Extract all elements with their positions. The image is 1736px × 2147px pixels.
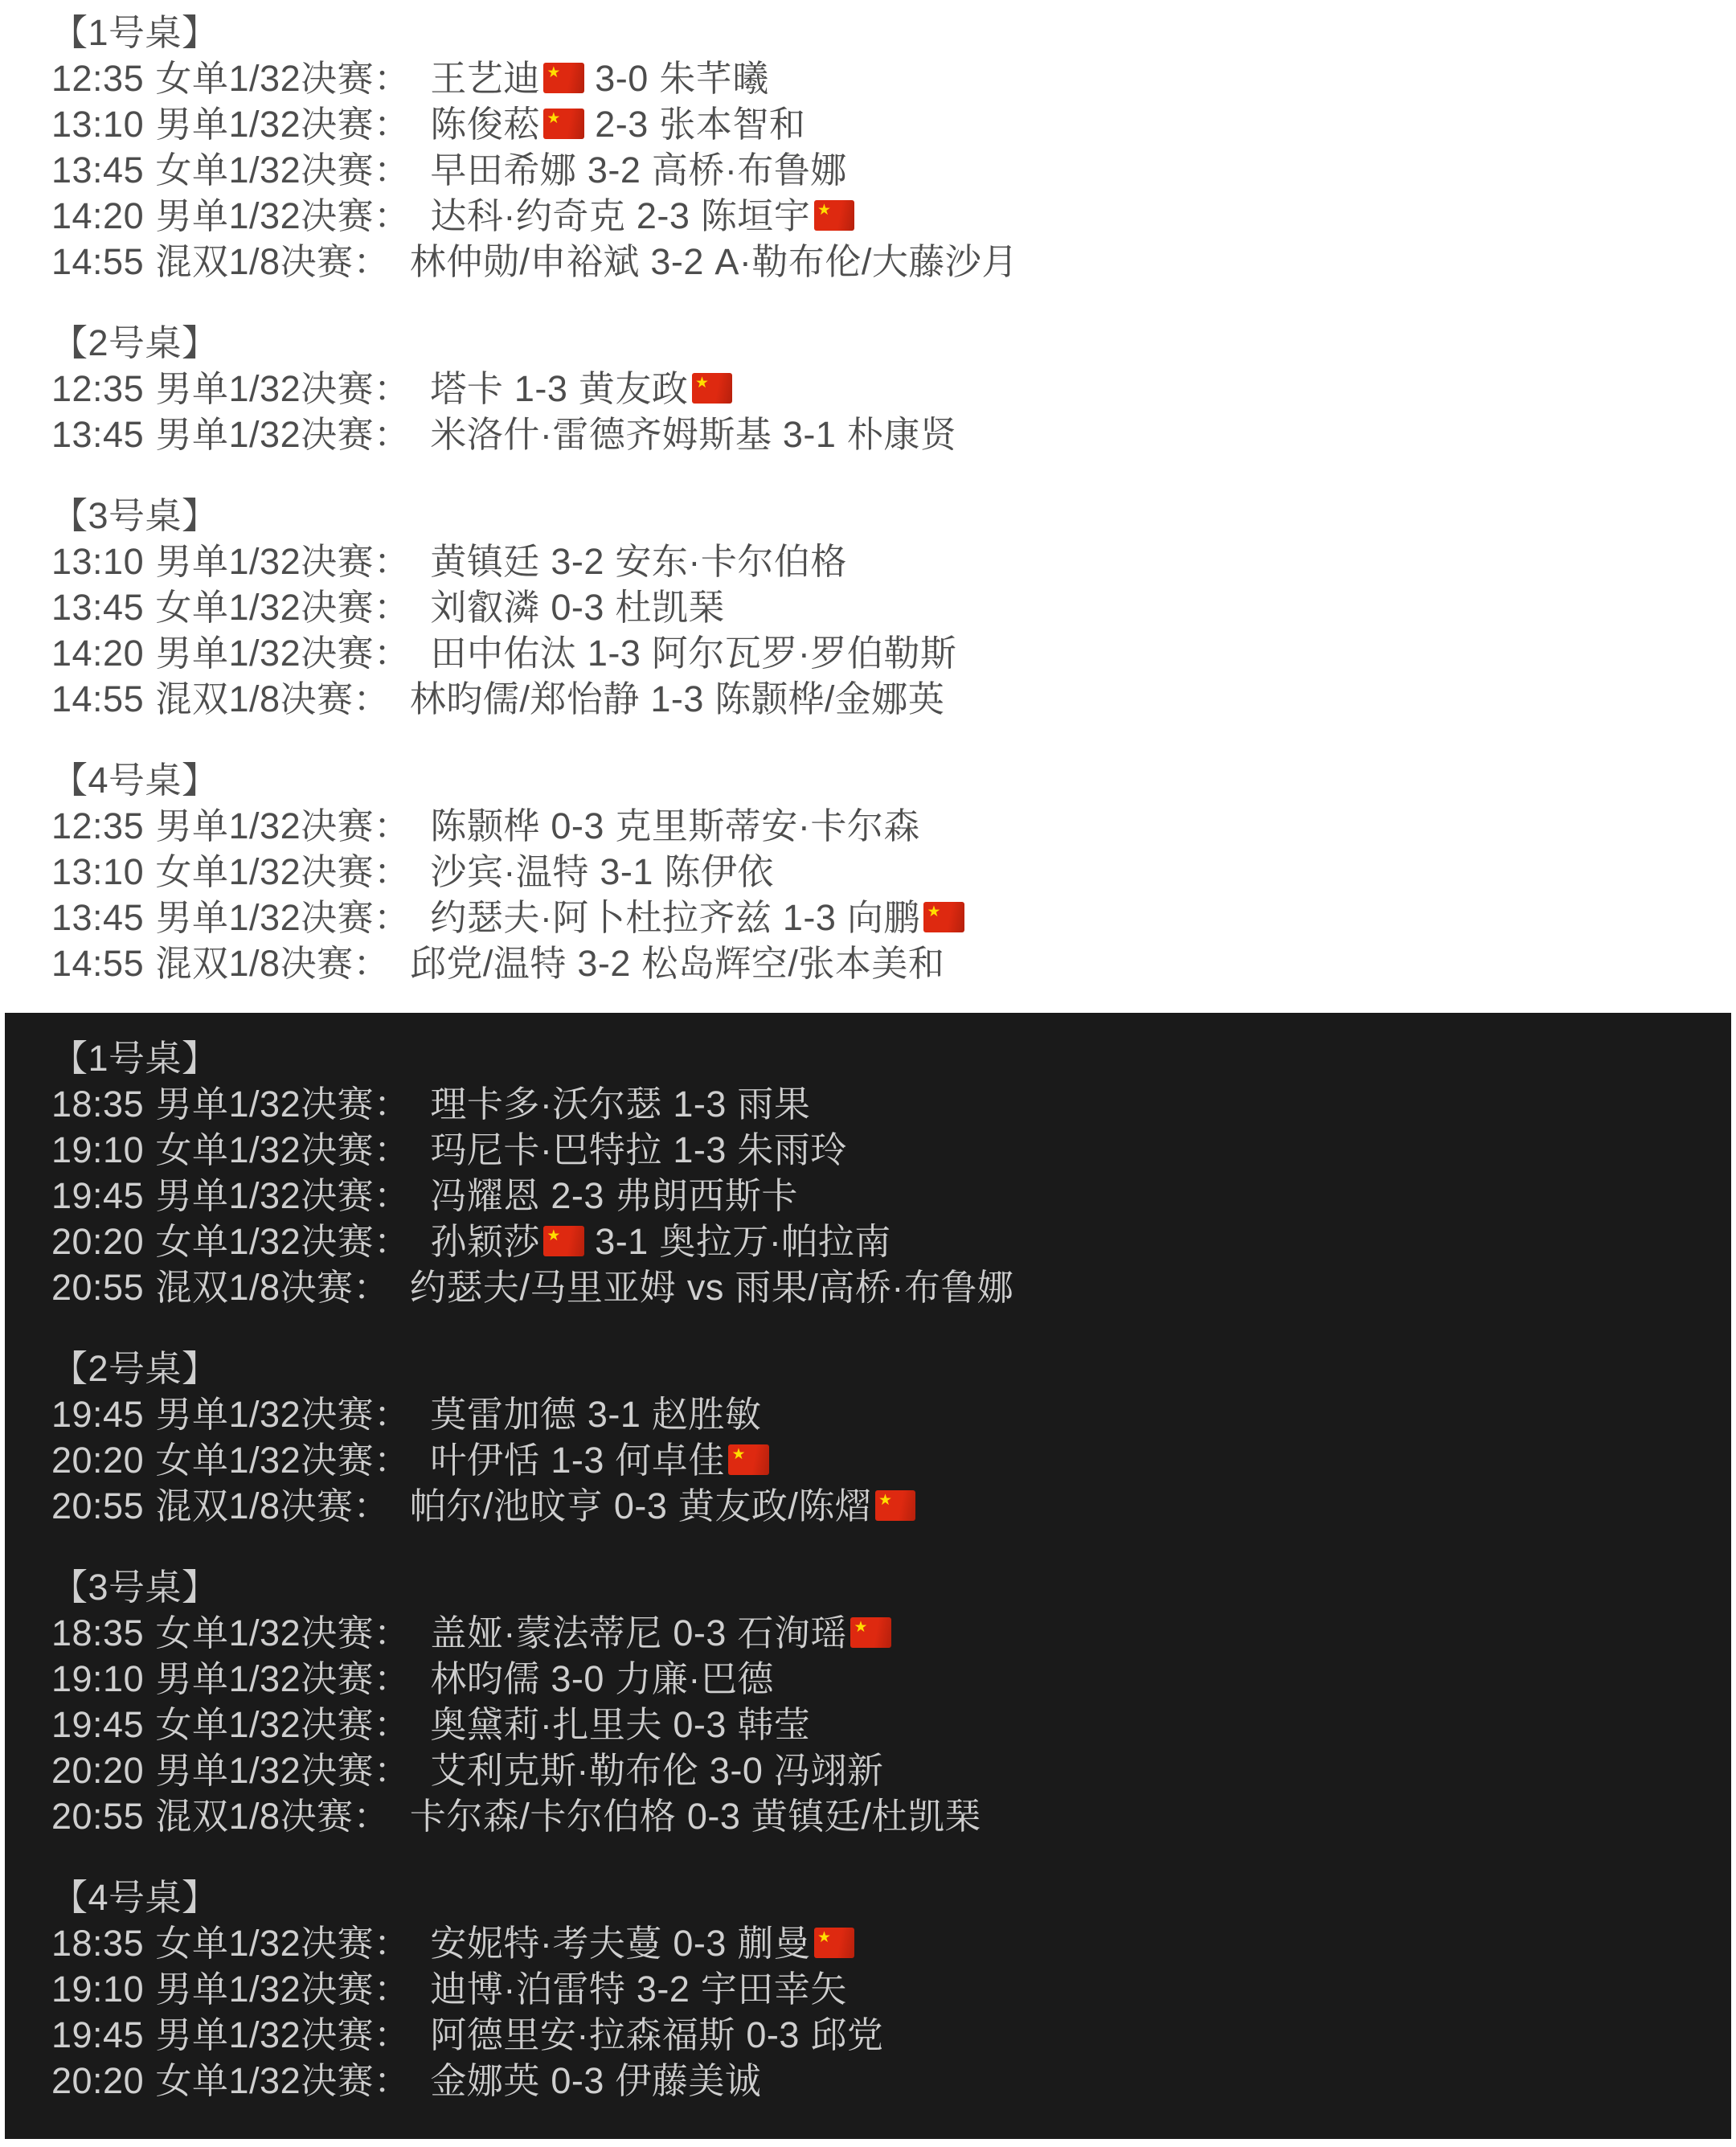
player-a-name: 早田希娜 (430, 150, 576, 191)
match-time: 19:45 (51, 1175, 144, 1216)
player-a-name: 陈颢桦 (430, 805, 540, 846)
match-time: 12:35 (51, 58, 144, 99)
match-score: 3-0 (595, 58, 649, 99)
match-row: 20:20女单1/32决赛：叶伊恬1-3何卓佳★ (51, 1437, 1707, 1483)
player-b-name: 黄友政/陈熠 (678, 1485, 872, 1526)
player-b-name: 邱党 (810, 2014, 883, 2055)
player-a-name: 邱党/温特 (410, 943, 567, 984)
match-row: 12:35女单1/32决赛：王艺迪★3-0朱芊曦 (51, 55, 1712, 101)
match-event: 男单1/32决赛： (156, 1750, 411, 1791)
player-b-name: 向鹏 (847, 897, 920, 938)
match-time: 13:10 (51, 541, 144, 582)
match-row: 18:35男单1/32决赛：理卡多·沃尔瑟1-3雨果 (51, 1081, 1707, 1127)
match-event: 男单1/32决赛： (156, 1394, 411, 1435)
match-time: 12:35 (51, 368, 144, 409)
flag-star-icon: ★ (547, 1229, 560, 1244)
flag-star-icon: ★ (817, 203, 831, 219)
player-b-name: 杜凯琹 (615, 587, 725, 628)
match-time: 14:20 (51, 195, 144, 236)
china-flag-icon: ★ (543, 1226, 583, 1256)
table-header: 【1号桌】 (51, 10, 1712, 55)
player-b-name: 蒯曼 (737, 1923, 810, 1964)
player-a-name: 艾利克斯·勒布伦 (430, 1750, 698, 1791)
player-b-name: 阿尔瓦罗·罗伯勒斯 (652, 633, 957, 674)
match-time: 19:10 (51, 1658, 144, 1699)
player-a-name: 约瑟夫·阿卜杜拉齐兹 (430, 897, 772, 938)
table-section: 【3号桌】18:35女单1/32决赛：盖娅·蒙法蒂尼0-3石洵瑶★19:10男单… (51, 1564, 1707, 1839)
player-b-name: 石洵瑶 (737, 1612, 847, 1653)
match-time: 13:45 (51, 587, 144, 628)
match-time: 20:20 (51, 1750, 144, 1791)
match-score: 0-3 (673, 1704, 727, 1745)
player-b-name: 朱芊曦 (659, 58, 769, 99)
china-flag-icon: ★ (543, 63, 583, 93)
match-row: 14:55混双1/8决赛：林昀儒/郑怡静1-3陈颢桦/金娜英 (51, 676, 1712, 722)
player-b-name: 陈伊依 (664, 851, 774, 892)
match-event: 男单1/32决赛： (156, 2014, 411, 2055)
afternoon-session-panel: 【1号桌】12:35女单1/32决赛：王艺迪★3-0朱芊曦13:10男单1/32… (0, 0, 1736, 1010)
match-event: 男单1/32决赛： (156, 1175, 411, 1216)
match-score: 3-0 (710, 1750, 764, 1791)
match-score: 0-3 (687, 1796, 741, 1837)
match-time: 13:45 (51, 150, 144, 191)
match-time: 19:10 (51, 1969, 144, 2010)
player-a-name: 金娜英 (430, 2060, 540, 2101)
china-flag-icon: ★ (814, 1928, 854, 1958)
match-score: 0-3 (673, 1923, 727, 1964)
player-b-name: 宇田幸矢 (701, 1969, 847, 2010)
match-event: 女单1/32决赛： (156, 587, 411, 628)
player-a-name: 玛尼卡·巴特拉 (430, 1129, 662, 1170)
match-row: 13:10男单1/32决赛：陈俊菘★2-3张本智和 (51, 101, 1712, 147)
match-score: 3-1 (600, 851, 653, 892)
match-event: 混双1/8决赛： (156, 678, 391, 719)
match-event: 男单1/32决赛： (156, 195, 411, 236)
player-a-name: 陈俊菘 (430, 104, 540, 145)
match-event: 男单1/32决赛： (156, 897, 411, 938)
match-score: 2-3 (595, 104, 649, 145)
player-a-name: 约瑟夫/马里亚姆 (410, 1267, 677, 1308)
match-score: 0-3 (551, 2060, 604, 2101)
match-row: 19:45女单1/32决赛：奥黛莉·扎里夫0-3韩莹 (51, 1702, 1707, 1748)
table-header: 【2号桌】 (51, 1346, 1707, 1391)
player-a-name: 米洛什·雷德齐姆斯基 (430, 414, 772, 455)
match-row: 13:10女单1/32决赛：沙宾·温特3-1陈伊依 (51, 849, 1712, 895)
match-time: 20:55 (51, 1485, 144, 1526)
player-b-name: 力廉·巴德 (615, 1658, 774, 1699)
match-row: 20:20女单1/32决赛：金娜英0-3伊藤美诚 (51, 2058, 1707, 2104)
player-a-name: 田中佑汰 (430, 633, 576, 674)
match-score: 3-2 (650, 241, 704, 282)
match-row: 14:20男单1/32决赛：田中佑汰1-3阿尔瓦罗·罗伯勒斯 (51, 630, 1712, 676)
match-row: 13:45女单1/32决赛：刘叡潾0-3杜凯琹 (51, 584, 1712, 630)
player-a-name: 奥黛莉·扎里夫 (430, 1704, 662, 1745)
table-header: 【4号桌】 (51, 757, 1712, 803)
match-score: 3-1 (588, 1394, 641, 1435)
player-b-name: 朱雨玲 (737, 1129, 847, 1170)
china-flag-icon: ★ (875, 1490, 915, 1521)
match-time: 13:10 (51, 851, 144, 892)
match-event: 男单1/32决赛： (156, 368, 411, 409)
match-row: 13:45男单1/32决赛：约瑟夫·阿卜杜拉齐兹1-3向鹏★ (51, 895, 1712, 940)
match-event: 男单1/32决赛： (156, 1084, 411, 1125)
match-event: 女单1/32决赛： (156, 851, 411, 892)
match-time: 19:45 (51, 1394, 144, 1435)
match-event: 男单1/32决赛： (156, 414, 411, 455)
player-a-name: 沙宾·温特 (430, 851, 589, 892)
china-flag-icon: ★ (728, 1444, 768, 1475)
match-time: 20:20 (51, 2060, 144, 2101)
table-header: 【2号桌】 (51, 320, 1712, 366)
match-score: 3-2 (588, 150, 641, 191)
match-row: 19:45男单1/32决赛：莫雷加德3-1赵胜敏 (51, 1391, 1707, 1437)
match-score: 0-3 (746, 2014, 800, 2055)
player-a-name: 塔卡 (430, 368, 503, 409)
match-row: 19:45男单1/32决赛：冯耀恩2-3弗朗西斯卡 (51, 1173, 1707, 1219)
flag-star-icon: ★ (878, 1493, 892, 1509)
match-time: 14:55 (51, 943, 144, 984)
match-score: 3-2 (551, 541, 604, 582)
match-time: 20:55 (51, 1267, 144, 1308)
match-event: 男单1/32决赛： (156, 1969, 411, 2010)
player-b-name: 克里斯蒂安·卡尔森 (615, 805, 920, 846)
match-row: 19:45男单1/32决赛：阿德里安·拉森福斯0-3邱党 (51, 2012, 1707, 2058)
flag-star-icon: ★ (547, 66, 560, 81)
table-header: 【1号桌】 (51, 1035, 1707, 1081)
player-b-name: 陈垣宇 (701, 195, 811, 236)
match-event: 女单1/32决赛： (156, 1923, 411, 1964)
match-score: 3-1 (595, 1221, 649, 1262)
player-a-name: 安妮特·考夫蔓 (430, 1923, 662, 1964)
table-header: 【3号桌】 (51, 1564, 1707, 1610)
china-flag-icon: ★ (692, 373, 732, 404)
schedule-page: 【1号桌】12:35女单1/32决赛：王艺迪★3-0朱芊曦13:10男单1/32… (0, 0, 1736, 2147)
match-row: 20:55混双1/8决赛：约瑟夫/马里亚姆vs雨果/高桥·布鲁娜 (51, 1264, 1707, 1310)
match-score: 0-3 (551, 805, 604, 846)
match-event: 女单1/32决赛： (156, 58, 411, 99)
match-time: 12:35 (51, 805, 144, 846)
match-event: 女单1/32决赛： (156, 150, 411, 191)
player-a-name: 孙颖莎 (430, 1221, 540, 1262)
player-a-name: 叶伊恬 (430, 1440, 540, 1481)
player-b-name: 张本智和 (659, 104, 805, 145)
match-score: vs (687, 1267, 724, 1308)
match-score: 3-2 (637, 1969, 690, 2010)
player-a-name: 盖娅·蒙法蒂尼 (430, 1612, 662, 1653)
match-row: 14:20男单1/32决赛：达科·约奇克2-3陈垣宇★ (51, 193, 1712, 239)
player-b-name: 弗朗西斯卡 (615, 1175, 798, 1216)
match-score: 1-3 (588, 633, 641, 674)
player-b-name: 黄镇廷/杜凯琹 (751, 1796, 981, 1837)
match-event: 女单1/32决赛： (156, 1704, 411, 1745)
player-a-name: 阿德里安·拉森福斯 (430, 2014, 735, 2055)
match-row: 18:35女单1/32决赛：盖娅·蒙法蒂尼0-3石洵瑶★ (51, 1610, 1707, 1656)
china-flag-icon: ★ (923, 902, 964, 932)
match-time: 18:35 (51, 1612, 144, 1653)
china-flag-icon: ★ (850, 1617, 891, 1648)
player-b-name: 安东·卡尔伯格 (615, 541, 847, 582)
match-row: 20:55混双1/8决赛：帕尔/池旼亨0-3黄友政/陈熠★ (51, 1483, 1707, 1529)
player-a-name: 林昀儒/郑怡静 (410, 678, 640, 719)
match-score: 0-3 (673, 1612, 727, 1653)
player-b-name: 黄友政 (579, 368, 689, 409)
flag-star-icon: ★ (854, 1620, 867, 1636)
table-section: 【3号桌】13:10男单1/32决赛：黄镇廷3-2安东·卡尔伯格13:45女单1… (51, 493, 1712, 722)
match-event: 混双1/8决赛： (156, 1267, 391, 1308)
table-header: 【3号桌】 (51, 493, 1712, 539)
match-event: 男单1/32决赛： (156, 805, 411, 846)
china-flag-icon: ★ (814, 200, 854, 231)
table-section: 【2号桌】12:35男单1/32决赛：塔卡1-3黄友政★13:45男单1/32决… (51, 320, 1712, 457)
table-header: 【4号桌】 (51, 1875, 1707, 1920)
table-section: 【4号桌】18:35女单1/32决赛：安妮特·考夫蔓0-3蒯曼★19:10男单1… (51, 1875, 1707, 2104)
match-event: 女单1/32决赛： (156, 2060, 411, 2101)
player-a-name: 莫雷加德 (430, 1394, 576, 1435)
table-section: 【4号桌】12:35男单1/32决赛：陈颢桦0-3克里斯蒂安·卡尔森13:10女… (51, 757, 1712, 986)
match-score: 1-3 (673, 1084, 727, 1125)
player-b-name: 何卓佳 (615, 1440, 725, 1481)
player-a-name: 理卡多·沃尔瑟 (430, 1084, 662, 1125)
match-score: 3-0 (551, 1658, 604, 1699)
flag-star-icon: ★ (547, 112, 560, 127)
match-time: 20:20 (51, 1221, 144, 1262)
player-a-name: 冯耀恩 (430, 1175, 540, 1216)
match-score: 1-3 (650, 678, 704, 719)
player-a-name: 林仲勋/申裕斌 (410, 241, 640, 282)
match-time: 18:35 (51, 1923, 144, 1964)
match-row: 14:55混双1/8决赛：邱党/温特3-2松岛辉空/张本美和 (51, 940, 1712, 986)
player-a-name: 达科·约奇克 (430, 195, 625, 236)
player-a-name: 卡尔森/卡尔伯格 (410, 1796, 677, 1837)
match-event: 男单1/32决赛： (156, 633, 411, 674)
match-time: 14:20 (51, 633, 144, 674)
match-row: 12:35男单1/32决赛：塔卡1-3黄友政★ (51, 366, 1712, 412)
match-row: 18:35女单1/32决赛：安妮特·考夫蔓0-3蒯曼★ (51, 1920, 1707, 1966)
match-event: 混双1/8决赛： (156, 1796, 391, 1837)
match-row: 12:35男单1/32决赛：陈颢桦0-3克里斯蒂安·卡尔森 (51, 803, 1712, 849)
player-b-name: 奥拉万·帕拉南 (659, 1221, 891, 1262)
player-b-name: A·勒布伦/大藤沙月 (714, 241, 1018, 282)
match-score: 2-3 (551, 1175, 604, 1216)
match-row: 13:45男单1/32决赛：米洛什·雷德齐姆斯基3-1朴康贤 (51, 412, 1712, 457)
match-time: 20:55 (51, 1796, 144, 1837)
match-score: 0-3 (614, 1485, 668, 1526)
match-time: 14:55 (51, 241, 144, 282)
match-score: 3-1 (783, 414, 837, 455)
flag-star-icon: ★ (731, 1448, 745, 1463)
match-event: 女单1/32决赛： (156, 1612, 411, 1653)
match-event: 混双1/8决赛： (156, 241, 391, 282)
player-a-name: 黄镇廷 (430, 541, 540, 582)
match-time: 18:35 (51, 1084, 144, 1125)
table-section: 【2号桌】19:45男单1/32决赛：莫雷加德3-1赵胜敏20:20女单1/32… (51, 1346, 1707, 1529)
match-row: 20:20女单1/32决赛：孙颖莎★3-1奥拉万·帕拉南 (51, 1219, 1707, 1264)
match-time: 19:10 (51, 1129, 144, 1170)
match-event: 混双1/8决赛： (156, 943, 391, 984)
match-score: 1-3 (551, 1440, 604, 1481)
flag-star-icon: ★ (817, 1931, 831, 1946)
match-event: 女单1/32决赛： (156, 1221, 411, 1262)
table-section: 【1号桌】12:35女单1/32决赛：王艺迪★3-0朱芊曦13:10男单1/32… (51, 10, 1712, 285)
match-row: 19:10男单1/32决赛：迪博·泊雷特3-2宇田幸矢 (51, 1966, 1707, 2012)
player-a-name: 迪博·泊雷特 (430, 1969, 625, 2010)
match-event: 女单1/32决赛： (156, 1440, 411, 1481)
match-time: 13:45 (51, 897, 144, 938)
match-row: 14:55混双1/8决赛：林仲勋/申裕斌3-2A·勒布伦/大藤沙月 (51, 239, 1712, 285)
player-a-name: 帕尔/池旼亨 (410, 1485, 604, 1526)
match-row: 19:10女单1/32决赛：玛尼卡·巴特拉1-3朱雨玲 (51, 1127, 1707, 1173)
flag-star-icon: ★ (695, 376, 709, 391)
match-event: 男单1/32决赛： (156, 104, 411, 145)
match-time: 13:10 (51, 104, 144, 145)
china-flag-icon: ★ (543, 109, 583, 139)
match-row: 13:10男单1/32决赛：黄镇廷3-2安东·卡尔伯格 (51, 539, 1712, 584)
player-b-name: 雨果/高桥·布鲁娜 (735, 1267, 1013, 1308)
match-score: 1-3 (514, 368, 568, 409)
player-a-name: 刘叡潾 (430, 587, 540, 628)
player-a-name: 王艺迪 (430, 58, 540, 99)
match-time: 19:45 (51, 1704, 144, 1745)
match-score: 1-3 (673, 1129, 727, 1170)
match-time: 19:45 (51, 2014, 144, 2055)
player-b-name: 陈颢桦/金娜英 (714, 678, 944, 719)
player-b-name: 赵胜敏 (652, 1394, 762, 1435)
player-b-name: 高桥·布鲁娜 (652, 150, 847, 191)
match-row: 19:10男单1/32决赛：林昀儒3-0力廉·巴德 (51, 1656, 1707, 1702)
match-score: 2-3 (637, 195, 690, 236)
evening-session-panel: 【1号桌】18:35男单1/32决赛：理卡多·沃尔瑟1-3雨果19:10女单1/… (5, 1013, 1731, 2139)
match-row: 13:45女单1/32决赛：早田希娜3-2高桥·布鲁娜 (51, 147, 1712, 193)
flag-star-icon: ★ (927, 905, 940, 920)
match-event: 男单1/32决赛： (156, 541, 411, 582)
player-b-name: 韩莹 (737, 1704, 810, 1745)
player-b-name: 冯翊新 (774, 1750, 884, 1791)
match-time: 20:20 (51, 1440, 144, 1481)
match-score: 1-3 (783, 897, 837, 938)
match-event: 男单1/32决赛： (156, 1658, 411, 1699)
match-event: 女单1/32决赛： (156, 1129, 411, 1170)
match-score: 0-3 (551, 587, 604, 628)
table-section: 【1号桌】18:35男单1/32决赛：理卡多·沃尔瑟1-3雨果19:10女单1/… (51, 1035, 1707, 1310)
player-b-name: 伊藤美诚 (615, 2060, 761, 2101)
player-a-name: 林昀儒 (430, 1658, 540, 1699)
match-score: 3-2 (577, 943, 631, 984)
match-row: 20:55混双1/8决赛：卡尔森/卡尔伯格0-3黄镇廷/杜凯琹 (51, 1793, 1707, 1839)
match-event: 混双1/8决赛： (156, 1485, 391, 1526)
match-time: 13:45 (51, 414, 144, 455)
player-b-name: 雨果 (737, 1084, 810, 1125)
player-b-name: 松岛辉空/张本美和 (641, 943, 944, 984)
match-row: 20:20男单1/32决赛：艾利克斯·勒布伦3-0冯翊新 (51, 1748, 1707, 1793)
player-b-name: 朴康贤 (847, 414, 957, 455)
match-time: 14:55 (51, 678, 144, 719)
